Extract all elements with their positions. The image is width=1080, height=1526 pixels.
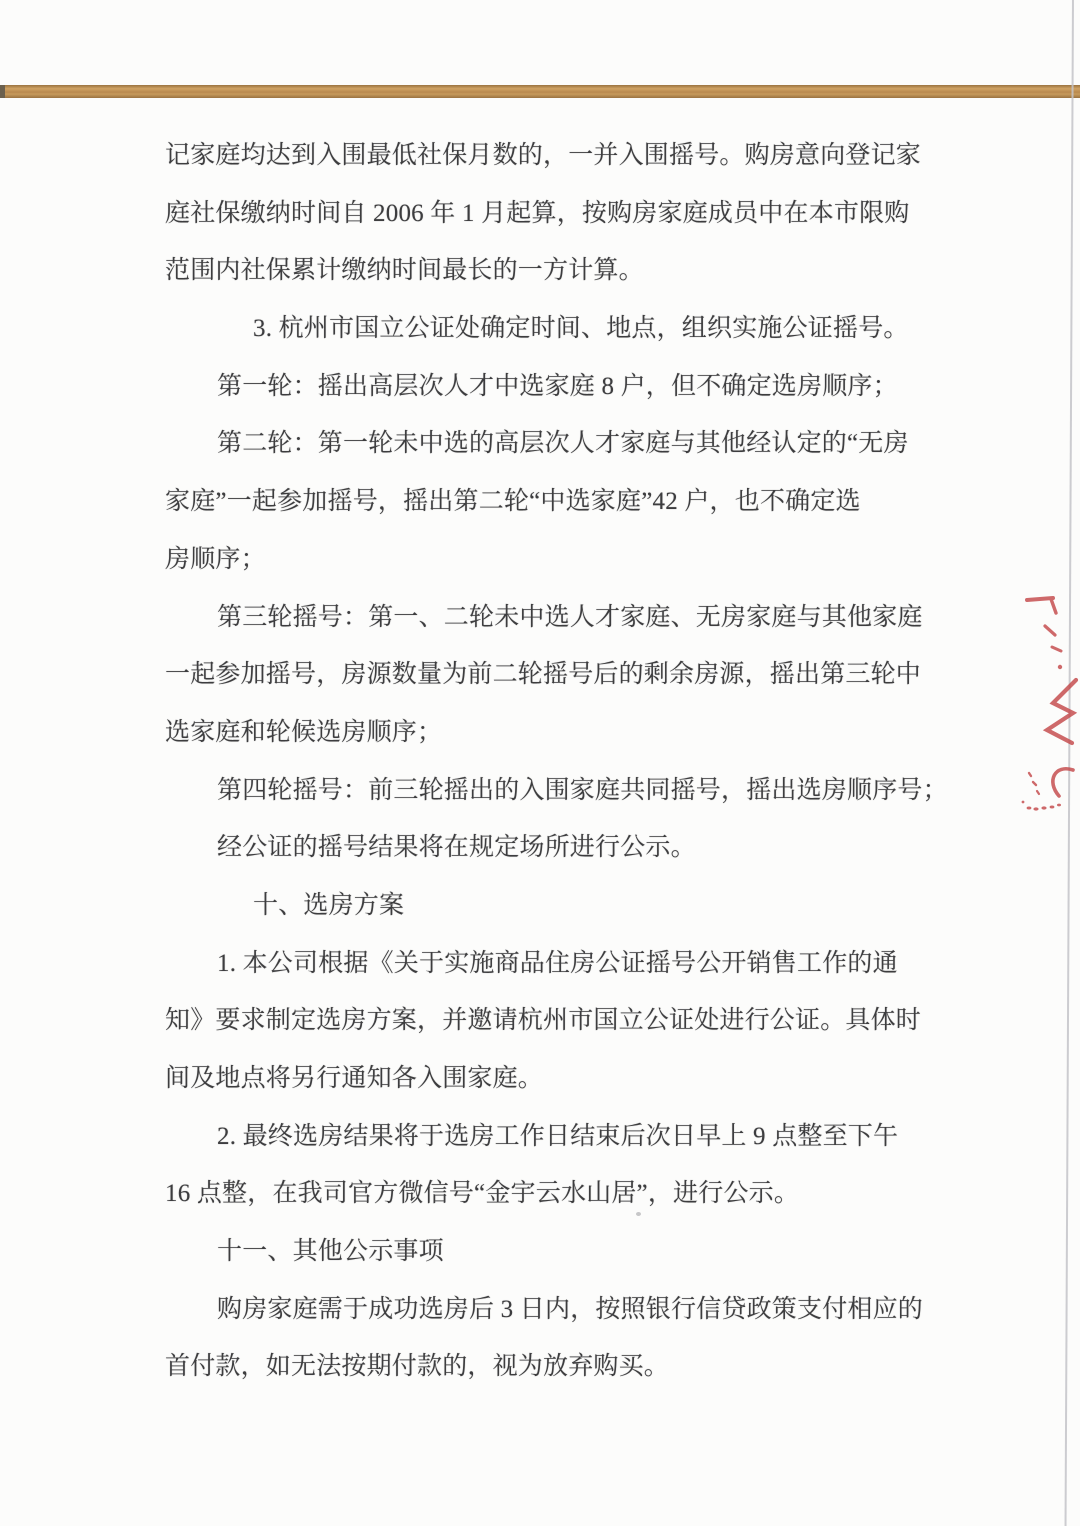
text-line: 十、选房方案 [165,877,940,935]
text-line: 购房家庭需于成功选房后 3 日内，按照银行信贷政策支付相应的 [165,1281,940,1339]
text-line: 十一、其他公示事项 [165,1223,940,1281]
text-line: 第四轮摇号：前三轮摇出的入围家庭共同摇号，摇出选房顺序号； [165,762,940,820]
scan-speck [636,1212,641,1216]
text-line: 庭社保缴纳时间自 2006 年 1 月起算，按购房家庭成员中在本市限购 [165,185,940,243]
text-line: 记家庭均达到入围最低社保月数的，一并入围摇号。购房意向登记家 [165,127,940,185]
page-top-border [0,85,1080,98]
text-line: 16 点整，在我司官方微信号“金宇云水山居”，进行公示。 [165,1165,940,1223]
red-seal-stamp-fragment [1015,585,1080,815]
text-line: 选家庭和轮候选房顺序； [165,704,940,762]
text-line: 范围内社保累计缴纳时间最长的一方计算。 [165,242,940,300]
text-line: 房顺序； [165,531,940,589]
text-line: 第三轮摇号：第一、二轮未中选人才家庭、无房家庭与其他家庭 [165,589,940,647]
text-line: 知》要求制定选房方案，并邀请杭州市国立公证处进行公证。具体时 [165,992,940,1050]
text-line: 首付款，如无法按期付款的，视为放弃购买。 [165,1338,940,1396]
text-line: 第二轮：第一轮未中选的高层次人才家庭与其他经认定的“无房 [165,415,940,473]
page-top-border-tip [0,85,5,98]
text-line: 家庭”一起参加摇号，摇出第二轮“中选家庭”42 户，也不确定选 [165,473,940,531]
text-line: 一起参加摇号，房源数量为前二轮摇号后的剩余房源，摇出第三轮中 [165,646,940,704]
text-line: 间及地点将另行通知各入围家庭。 [165,1050,940,1108]
text-line: 1. 本公司根据《关于实施商品住房公证摇号公开销售工作的通 [165,935,940,993]
document-text: 记家庭均达到入围最低社保月数的，一并入围摇号。购房意向登记家庭社保缴纳时间自 2… [165,127,940,1396]
text-line: 3. 杭州市国立公证处确定时间、地点，组织实施公证摇号。 [165,300,940,358]
text-line: 第一轮：摇出高层次人才中选家庭 8 户，但不确定选房顺序； [165,358,940,416]
text-line: 经公证的摇号结果将在规定场所进行公示。 [165,819,940,877]
text-line: 2. 最终选房结果将于选房工作日结束后次日早上 9 点整至下午 [165,1108,940,1166]
scanned-document-page: 记家庭均达到入围最低社保月数的，一并入围摇号。购房意向登记家庭社保缴纳时间自 2… [0,0,1080,1526]
